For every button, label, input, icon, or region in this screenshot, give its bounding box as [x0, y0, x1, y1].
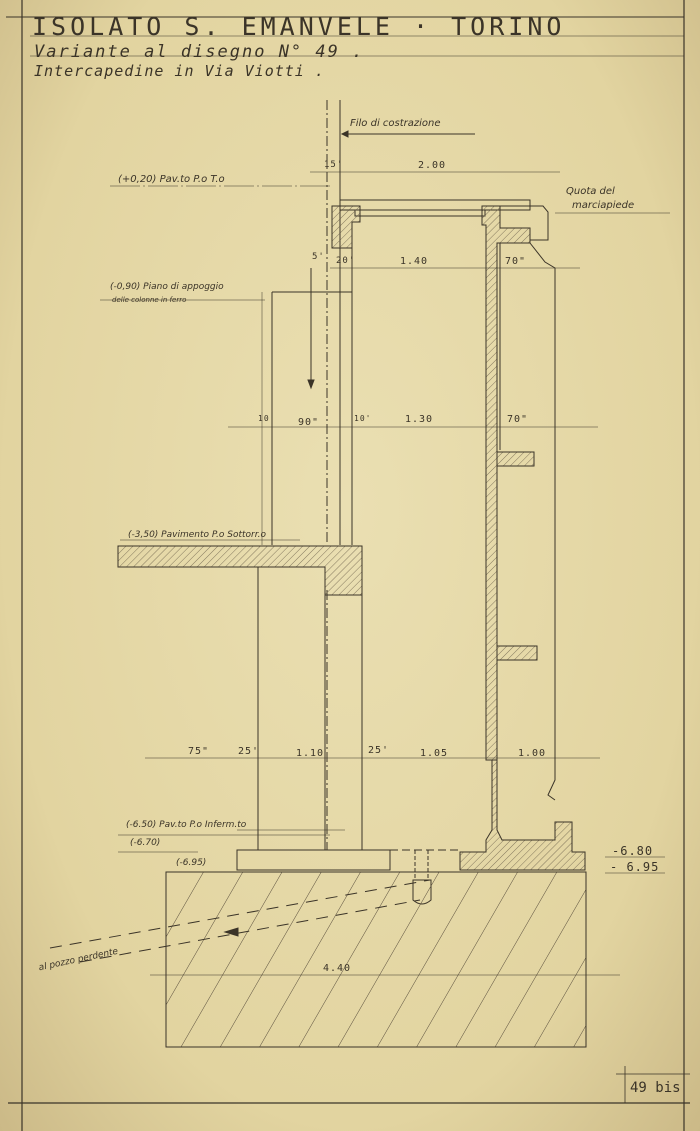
dim-1-00: 1.00 [518, 748, 546, 759]
drawing-subtitle-location: Intercapedine in Via Viotti . [34, 62, 325, 80]
dim-15: 15' [324, 160, 343, 170]
level-minus-650-label: (-6.50) Pav.to P.o Inferm.to [126, 820, 246, 830]
dim-1-05: 1.05 [420, 748, 448, 759]
dim-20: 20' [336, 256, 355, 266]
dim-90: 90" [298, 417, 319, 428]
colonne-ferro-label: delle colonne in ferro [112, 296, 186, 304]
dim-75: 75" [188, 746, 209, 757]
dim-70-mid: 70" [507, 414, 528, 425]
technical-drawing [0, 0, 700, 1131]
drawing-subtitle-variant: Variante al disegno N° 49 . [34, 42, 364, 62]
dim-4-40: 4.40 [323, 963, 351, 974]
level-minus-350-label: (-3,50) Pavimento P.o Sottorr.o [128, 530, 266, 540]
dim-25-right: 25' [368, 745, 389, 756]
dim-1-30: 1.30 [405, 414, 433, 425]
drawing-title: ISOLATO S. EMANVELE · TORINO [32, 12, 565, 41]
dim-1-40: 1.40 [400, 256, 428, 267]
level-minus-090-label: (-0,90) Piano di appoggio [110, 282, 224, 292]
sheet-reference: 49 bis [630, 1080, 681, 1096]
dim-70-top: 70" [505, 256, 526, 267]
marciapiede-label: marciapiede [572, 200, 634, 211]
level-plus-020-label: (+0,20) Pav.to P.o T.o [118, 174, 225, 185]
level-minus-680-right: -6.80 [612, 844, 653, 858]
level-minus-695-right: - 6.95 [610, 860, 659, 874]
level-minus-695-label: (-6.95) [176, 858, 206, 868]
quota-marciapiede-label: Quota del [566, 186, 615, 197]
dim-5: 5' [312, 252, 325, 262]
dim-10-right: 10' [354, 414, 371, 423]
dim-1-10: 1.10 [296, 748, 324, 759]
dim-10-left: 10' [258, 414, 275, 423]
level-minus-670-label: (-6.70) [130, 838, 160, 848]
filo-costruzione-label: Filo di costrazione [350, 118, 441, 129]
dim-25-left: 25' [238, 746, 259, 757]
dim-2-00: 2.00 [418, 160, 446, 171]
